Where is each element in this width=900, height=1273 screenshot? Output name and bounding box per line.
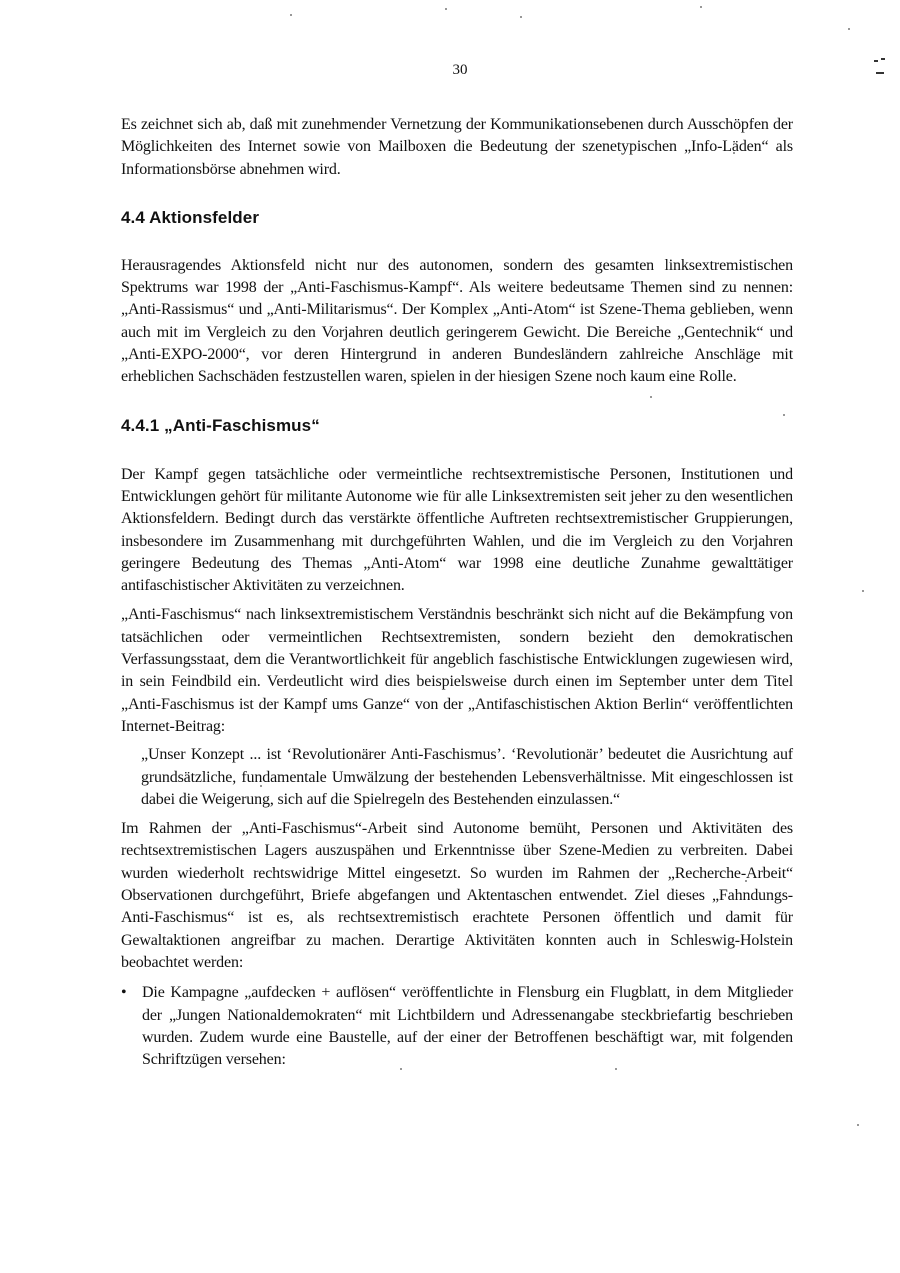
scan-speck (520, 16, 522, 18)
page-number: 30 (0, 62, 900, 79)
scan-speck (650, 396, 652, 398)
list-item-text: Die Kampagne „aufdecken + auflösen“ verö… (142, 984, 793, 1068)
scan-speck (700, 6, 702, 8)
section-heading-4-4: 4.4 Aktionsfelder (121, 208, 793, 228)
list-item: • Die Kampagne „aufdecken + auflösen“ ve… (121, 982, 793, 1071)
scan-speck (300, 477, 302, 479)
kampf-paragraph: Der Kampf gegen tatsächliche oder vermei… (121, 464, 793, 598)
scan-speck (857, 1124, 859, 1126)
scan-speck (848, 28, 850, 30)
bullet-icon: • (121, 982, 126, 1004)
scan-speck (260, 785, 262, 787)
intro-paragraph: Es zeichnet sich ab, daß mit zunehmender… (121, 114, 793, 181)
scan-speck (745, 880, 747, 882)
scan-speck (783, 414, 785, 416)
rahmen-paragraph: Im Rahmen der „Anti-Faschismus“-Arbeit s… (121, 818, 793, 974)
scan-speck (862, 590, 864, 592)
block-quote: „Unser Konzept ... ist ‘Revolutionärer A… (141, 744, 793, 811)
document-page: 30 Es zeichnet sich ab, daß mit zunehmen… (0, 0, 900, 1273)
section-heading-4-4-1: 4.4.1 „Anti-Faschismus“ (121, 416, 793, 436)
scan-speck (615, 1068, 617, 1070)
aktionsfelder-paragraph: Herausragendes Aktionsfeld nicht nur des… (121, 255, 793, 389)
verstaendnis-paragraph: „Anti-Faschismus“ nach linksextremistisc… (121, 604, 793, 738)
scan-speck (290, 14, 292, 16)
page-content: Es zeichnet sich ab, daß mit zunehmender… (121, 114, 793, 1071)
scan-speck (400, 1068, 402, 1070)
scan-speck (445, 8, 447, 10)
bullet-list: • Die Kampagne „aufdecken + auflösen“ ve… (121, 982, 793, 1071)
scan-speck (733, 152, 735, 154)
